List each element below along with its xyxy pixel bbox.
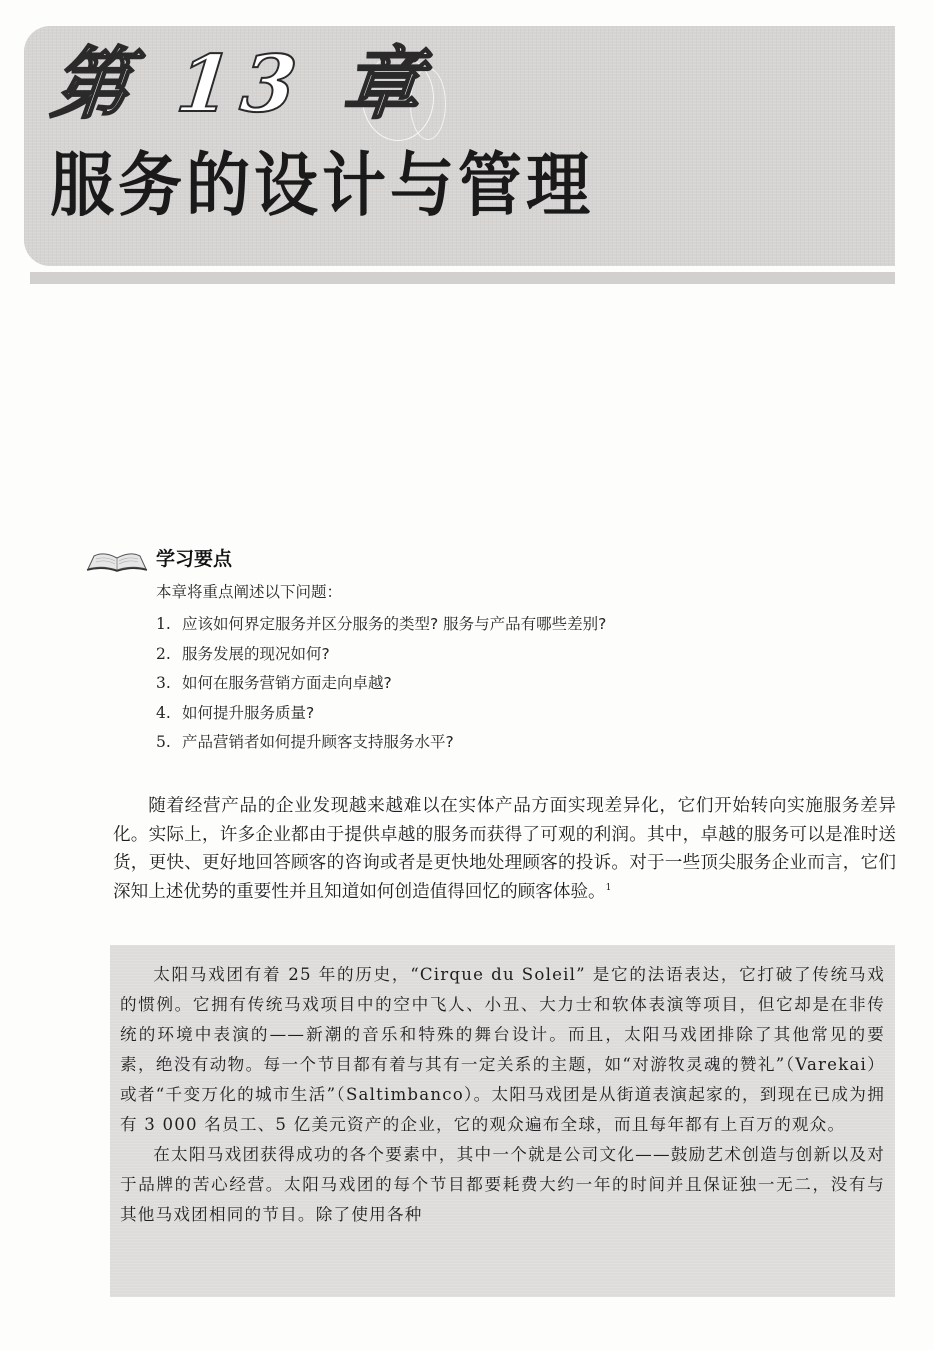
open-book-icon (86, 548, 148, 572)
item-number: 1. (156, 610, 182, 640)
case-paragraph: 太阳马戏团有着 25 年的历史，“Cirque du Soleil” 是它的法语… (110, 960, 895, 1140)
list-item: 4.如何提升服务质量? (156, 699, 606, 729)
banner-divider-strip (30, 272, 895, 284)
item-text: 如何在服务营销方面走向卓越? (182, 674, 392, 692)
list-item: 3.如何在服务营销方面走向卓越? (156, 669, 606, 699)
item-text: 服务发展的现况如何? (182, 645, 330, 663)
item-number: 5. (156, 728, 182, 758)
objectives-heading: 学习要点 (156, 544, 232, 571)
chapter-number: 第 13 章 (48, 46, 435, 124)
objectives-list: 1.应该如何界定服务并区分服务的类型? 服务与产品有哪些差别? 2.服务发展的现… (156, 610, 606, 758)
item-number: 4. (156, 699, 182, 729)
intro-paragraph: 随着经营产品的企业发现越来越难以在实体产品方面实现差异化，它们开始转向实施服务差… (113, 792, 896, 906)
item-text: 如何提升服务质量? (182, 704, 314, 722)
chapter-title: 服务的设计与管理 (50, 152, 594, 221)
list-item: 2.服务发展的现况如何? (156, 640, 606, 670)
item-text: 应该如何界定服务并区分服务的类型? 服务与产品有哪些差别? (182, 615, 606, 633)
item-text: 产品营销者如何提升顾客支持服务水平? (182, 733, 454, 751)
list-item: 5.产品营销者如何提升顾客支持服务水平? (156, 728, 606, 758)
list-item: 1.应该如何界定服务并区分服务的类型? 服务与产品有哪些差别? (156, 610, 606, 640)
case-study-box: 太阳马戏团有着 25 年的历史，“Cirque du Soleil” 是它的法语… (110, 945, 895, 1297)
objectives-intro: 本章将重点阐述以下问题： (156, 580, 342, 602)
item-number: 2. (156, 640, 182, 670)
case-paragraph: 在太阳马戏团获得成功的各个要素中，其中一个就是公司文化——鼓励艺术创造与创新以及… (110, 1140, 895, 1230)
footnote-reference[interactable]: 1 (606, 883, 612, 893)
item-number: 3. (156, 669, 182, 699)
paragraph-text: 随着经营产品的企业发现越来越难以在实体产品方面实现差异化，它们开始转向实施服务差… (113, 796, 896, 902)
